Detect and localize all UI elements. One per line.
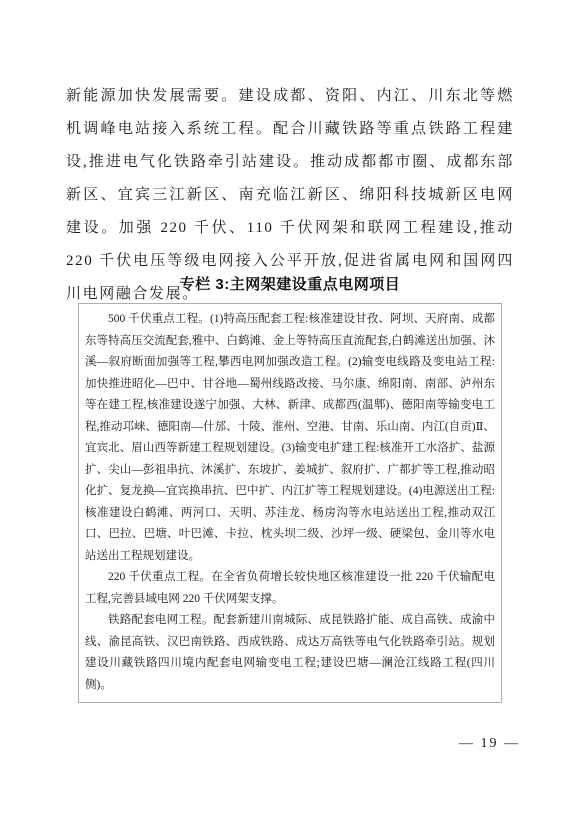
callout-box: 500 千伏重点工程。(1)特高压配套工程:核准建设甘孜、阿坝、天府南、成都东等… [78,303,502,703]
page-number: — 19 — [459,736,520,752]
callout-title: 专栏 3:主网架建设重点电网项目 [66,273,514,294]
callout-paragraph-500kv: 500 千伏重点工程。(1)特高压配套工程:核准建设甘孜、阿坝、天府南、成都东等… [85,309,495,567]
callout-paragraph-220kv: 220 千伏重点工程。在全省负荷增长较快地区核准建设一批 220 千伏输配电工程… [85,567,495,610]
callout-paragraph-railway: 铁路配套电网工程。配套新建川南城际、成昆铁路扩能、成自高铁、成渝中线、渝昆高铁、… [85,610,495,696]
document-page: 新能源加快发展需要。建设成都、资阳、内江、川东北等燃机调峰电站接入系统工程。配合… [0,0,580,820]
